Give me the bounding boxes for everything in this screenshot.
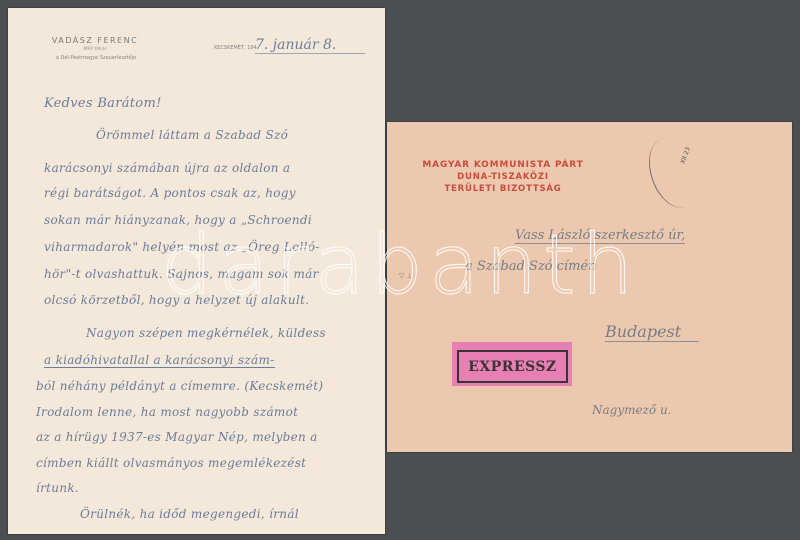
letter-line: írtunk. [36,481,79,495]
letter-line: Nagyon szépen megkérnélek, küldess [86,326,326,340]
receipt-stamp-icon: ▽ ⊥ [399,272,413,280]
address-city: Budapest [605,322,699,342]
letter-line: a kiadóhivatallal a karácsonyi szám- [44,353,275,368]
address-street: Nagymező u. [592,403,672,417]
handwritten-date: 7. január 8. [255,37,365,54]
letter-line: Irodalom lenne, ha most nagyobb számot [36,405,298,419]
postmark-icon [640,131,707,214]
letter-line: olcsó körzetből, hogy a helyzet új alaku… [44,293,309,307]
letterhead-subtitle: a Dél-Pestmegye Szauerlesztője [36,55,156,61]
letterhead-title: MKP titkár [40,47,150,52]
handwritten-letter: VADÁSZ FERENC MKP titkár a Dél-Pestmegye… [8,8,385,534]
letterhead-name: VADÁSZ FERENC [40,36,150,45]
letter-line: Örömmel láttam a Szabad Szó [96,128,288,142]
envelope: MAGYAR KOMMUNISTA PÁRT DUNA-TISZAKÖZI TE… [387,122,792,452]
letter-line: karácsonyi számában újra az oldalon a [44,161,290,175]
letter-line: hör"-t olvashattuk. Sajnos, magam sok má… [44,267,319,281]
sender-line-3: TERÜLETI BIZOTTSÁG [413,183,593,195]
letter-line: ból néhány példányt a címemre. (Kecskemé… [36,379,323,393]
printed-date-prefix: KECSKEMÉT, 194 [214,45,257,51]
letter-line: címben kiállt olvasmányos megemlékezést [36,456,306,470]
letter-line: Örülnék, ha időd megengedi, írnál [80,507,299,521]
sender-line-1: MAGYAR KOMMUNISTA PÁRT [413,159,593,171]
letter-line: az a hírügy 1937-es Magyar Nép, melyben … [36,430,318,444]
letter-line: sokan már hiányzanak, hogy a „Schroendi [44,213,312,227]
address-line-2: a Szabad Szó címén [465,259,596,274]
sender-line-2: DUNA-TISZAKÖZI [413,171,593,183]
letter-line: régi barátságot. A pontos csak az, hogy [44,186,296,200]
salutation: Kedves Barátom! [44,96,162,111]
expressz-label-text: EXPRESSZ [457,350,568,383]
expressz-label: EXPRESSZ [452,342,572,386]
address-line-1: Vass László szerkesztő úr, [515,228,685,244]
letter-line: viharmadarok" helyén most az „Öreg Lelló… [44,240,320,254]
sender-imprint: MAGYAR KOMMUNISTA PÁRT DUNA-TISZAKÖZI TE… [413,159,593,195]
